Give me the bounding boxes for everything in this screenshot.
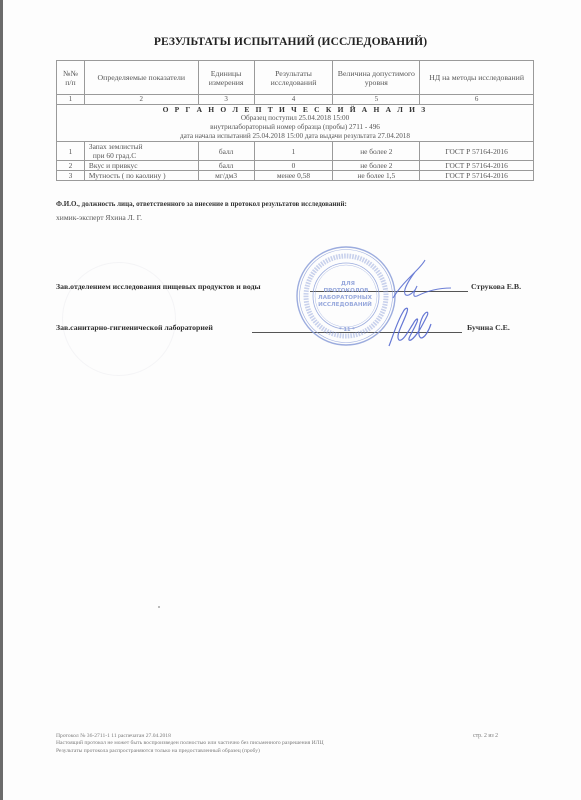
table-row: 1 Запах землистый при 60 град.С балл 1 н…: [57, 142, 534, 161]
row-result: 1: [254, 142, 333, 161]
header-limit: Величина допустимого уровня: [333, 61, 420, 95]
row-limit: не более 2: [333, 161, 420, 171]
footer-reproduction-notice: Настоящий протокол не может быть воспрои…: [56, 740, 324, 747]
table-row: 3 Мутность ( по каолину ) мг/дм3 менее 0…: [57, 171, 534, 181]
row-num: 2: [57, 161, 85, 171]
row-limit: не более 2: [333, 142, 420, 161]
sample-received: Образец поступил 25.04.2018 15:00: [59, 114, 531, 123]
column-number: 1: [57, 95, 85, 105]
footer: Протокол № 36-2711-1 11 распечатан 27.04…: [56, 733, 324, 755]
indicator-line: при 60 град.С: [89, 151, 196, 160]
section-cell: О Р Г А Н О Л Е П Т И Ч Е С К И Й А Н А …: [57, 105, 534, 142]
footer-scope-notice: Результаты протокола распространяются то…: [56, 748, 324, 755]
column-number: 3: [198, 95, 254, 105]
column-number: 6: [420, 95, 534, 105]
signature-position-2: Зав.санитарно-гигиенической лабораторией: [56, 323, 213, 332]
stamp-number: * 11 *: [339, 327, 355, 333]
column-number-row: 1 2 3 4 5 6: [57, 95, 534, 105]
section-header-row: О Р Г А Н О Л Е П Т И Ч Е С К И Й А Н А …: [57, 105, 534, 142]
row-method: ГОСТ Р 57164-2016: [420, 142, 534, 161]
results-table: №№ п/п Определяемые показатели Единицы и…: [56, 60, 534, 181]
signature-name-2: Бучина С.Е.: [467, 323, 510, 332]
header-indicator: Определяемые показатели: [84, 61, 198, 95]
row-unit: балл: [198, 142, 254, 161]
header-unit: Единицы измерения: [198, 61, 254, 95]
indicator-line: Запах землистый: [89, 142, 196, 151]
responsible-person-value: химик-эксперт Яхина Л. Г.: [56, 213, 142, 222]
page-number: стр. 2 из 2: [473, 733, 498, 739]
test-dates: дата начала испытаний 25.04.2018 15:00 д…: [59, 132, 531, 141]
row-method: ГОСТ Р 57164-2016: [420, 171, 534, 181]
column-number: 4: [254, 95, 333, 105]
row-unit: мг/дм3: [198, 171, 254, 181]
header-result: Результаты исследований: [254, 61, 333, 95]
column-number: 5: [333, 95, 420, 105]
row-unit: балл: [198, 161, 254, 171]
stamp-line: ИССЛЕДОВАНИЙ: [318, 300, 372, 308]
signature-1-icon: [385, 258, 455, 308]
row-indicator: Вкус и привкус: [84, 161, 198, 171]
row-result: менее 0,58: [254, 171, 333, 181]
row-method: ГОСТ Р 57164-2016: [420, 161, 534, 171]
row-num: 3: [57, 171, 85, 181]
page-title: РЕЗУЛЬТАТЫ ИСПЫТАНИЙ (ИССЛЕДОВАНИЙ): [0, 36, 581, 48]
scan-speck: [158, 606, 160, 608]
header-num: №№ п/п: [57, 61, 85, 95]
column-number: 2: [84, 95, 198, 105]
official-stamp-icon: ДЛЯ ПРОТОКОЛОВ ЛАБОРАТОРНЫХ ИССЛЕДОВАНИЙ…: [295, 245, 397, 347]
section-title: О Р Г А Н О Л Е П Т И Ч Е С К И Й А Н А …: [59, 105, 531, 114]
stamp-line: ДЛЯ: [341, 281, 355, 287]
table-row: 2 Вкус и привкус балл 0 не более 2 ГОСТ …: [57, 161, 534, 171]
row-indicator: Мутность ( по каолину ): [84, 171, 198, 181]
header-method: НД на методы исследований: [420, 61, 534, 95]
stamp-line: ПРОТОКОЛОВ: [323, 288, 368, 294]
signature-position-1: Зав.отделением исследования пищевых прод…: [56, 282, 261, 291]
row-result: 0: [254, 161, 333, 171]
row-num: 1: [57, 142, 85, 161]
signature-2-icon: [383, 302, 433, 352]
faint-stamp-impression: [62, 262, 176, 376]
row-indicator: Запах землистый при 60 град.С: [84, 142, 198, 161]
sample-number: внутрилабораторный номер образца (пробы)…: [59, 123, 531, 132]
row-limit: не более 1,5: [333, 171, 420, 181]
stamp-line: ЛАБОРАТОРНЫХ: [318, 295, 373, 301]
table-header-row: №№ п/п Определяемые показатели Единицы и…: [57, 61, 534, 95]
signature-name-1: Струкова Е.В.: [471, 282, 521, 291]
scan-left-edge: [0, 0, 3, 800]
responsible-person-label: Ф.И.О., должность лица, ответственного з…: [56, 200, 347, 208]
